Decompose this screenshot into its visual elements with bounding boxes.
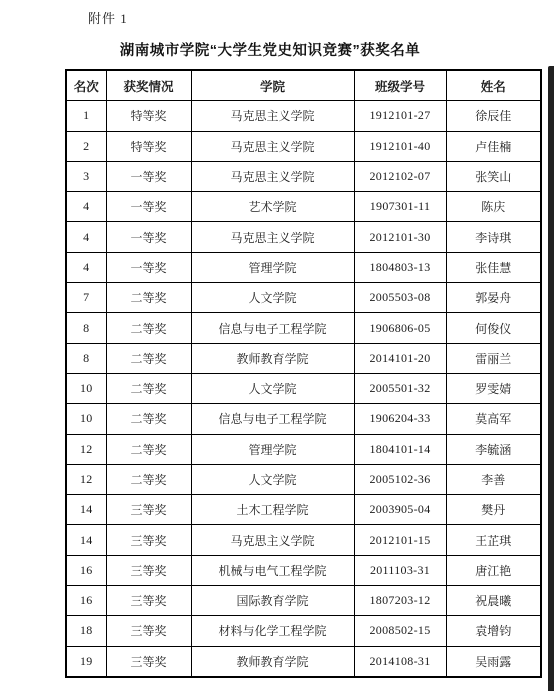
table-row: 2特等奖马克思主义学院1912101-40卢佳楠 [66,131,541,161]
cell-rank: 19 [66,646,106,677]
page-title: 湖南城市学院“大学生党史知识竞赛”获奖名单 [0,39,540,60]
cell-rank: 8 [66,313,106,343]
award-table-body: 1特等奖马克思主义学院1912101-27徐辰佳2特等奖马克思主义学院19121… [66,101,541,677]
cell-rank: 14 [66,525,106,555]
cell-college: 马克思主义学院 [191,222,354,252]
cell-name: 雷丽兰 [446,343,541,373]
cell-name: 张佳慧 [446,252,541,282]
cell-rank: 10 [66,404,106,434]
table-row: 1特等奖马克思主义学院1912101-27徐辰佳 [66,101,541,131]
cell-id: 1906806-05 [354,313,446,343]
cell-rank: 7 [66,283,106,313]
cell-id: 2008502-15 [354,616,446,646]
cell-award: 三等奖 [106,525,191,555]
header-cell-rank: 名次 [66,70,106,101]
cell-name: 李毓涵 [446,434,541,464]
cell-id: 2011103-31 [354,555,446,585]
cell-id: 1807203-12 [354,586,446,616]
table-row: 4一等奖艺术学院1907301-11陈庆 [66,192,541,222]
cell-award: 二等奖 [106,313,191,343]
cell-college: 马克思主义学院 [191,161,354,191]
cell-college: 管理学院 [191,434,354,464]
cell-rank: 16 [66,555,106,585]
cell-college: 人文学院 [191,283,354,313]
cell-award: 一等奖 [106,252,191,282]
cell-id: 2005102-36 [354,464,446,494]
cell-college: 教师教育学院 [191,646,354,677]
cell-rank: 1 [66,101,106,131]
cell-rank: 10 [66,373,106,403]
cell-award: 一等奖 [106,222,191,252]
cell-rank: 16 [66,586,106,616]
cell-id: 1804101-14 [354,434,446,464]
cell-name: 何俊仪 [446,313,541,343]
cell-name: 樊丹 [446,495,541,525]
table-row: 14三等奖马克思主义学院2012101-15王芷琪 [66,525,541,555]
cell-rank: 12 [66,434,106,464]
award-table: 名次获奖情况学院班级学号姓名 1特等奖马克思主义学院1912101-27徐辰佳2… [65,69,542,678]
header-row: 名次获奖情况学院班级学号姓名 [66,70,541,101]
cell-id: 1912101-40 [354,131,446,161]
cell-award: 三等奖 [106,616,191,646]
cell-college: 马克思主义学院 [191,131,354,161]
cell-award: 三等奖 [106,495,191,525]
cell-rank: 4 [66,192,106,222]
cell-college: 机械与电气工程学院 [191,555,354,585]
award-table-header: 名次获奖情况学院班级学号姓名 [66,70,541,101]
cell-award: 特等奖 [106,101,191,131]
table-row: 18三等奖材料与化学工程学院2008502-15袁增钧 [66,616,541,646]
cell-award: 一等奖 [106,192,191,222]
table-row: 7二等奖人文学院2005503-08郭晏舟 [66,283,541,313]
cell-name: 张笑山 [446,161,541,191]
cell-award: 三等奖 [106,586,191,616]
cell-award: 二等奖 [106,373,191,403]
cell-college: 人文学院 [191,373,354,403]
cell-award: 二等奖 [106,434,191,464]
cell-college: 教师教育学院 [191,343,354,373]
cell-award: 二等奖 [106,404,191,434]
cell-rank: 18 [66,616,106,646]
header-cell-id: 班级学号 [354,70,446,101]
table-row: 3一等奖马克思主义学院2012102-07张笑山 [66,161,541,191]
table-row: 16三等奖机械与电气工程学院2011103-31唐江艳 [66,555,541,585]
cell-college: 信息与电子工程学院 [191,313,354,343]
table-row: 10二等奖人文学院2005501-32罗雯婧 [66,373,541,403]
cell-name: 吴雨露 [446,646,541,677]
cell-name: 罗雯婧 [446,373,541,403]
table-row: 16三等奖国际教育学院1807203-12祝晨曦 [66,586,541,616]
cell-id: 2012101-15 [354,525,446,555]
cell-rank: 14 [66,495,106,525]
cell-rank: 4 [66,222,106,252]
cell-rank: 3 [66,161,106,191]
cell-id: 2012102-07 [354,161,446,191]
cell-name: 袁增钧 [446,616,541,646]
cell-college: 材料与化学工程学院 [191,616,354,646]
table-row: 4一等奖马克思主义学院2012101-30李诗琪 [66,222,541,252]
table-row: 14三等奖土木工程学院2003905-04樊丹 [66,495,541,525]
cell-name: 李善 [446,464,541,494]
cell-college: 马克思主义学院 [191,525,354,555]
cell-award: 三等奖 [106,555,191,585]
cell-award: 一等奖 [106,161,191,191]
cell-name: 唐江艳 [446,555,541,585]
attachment-label: 附件 1 [88,8,128,27]
cell-name: 李诗琪 [446,222,541,252]
cell-id: 1912101-27 [354,101,446,131]
cell-id: 2014108-31 [354,646,446,677]
cell-name: 陈庆 [446,192,541,222]
cell-id: 1906204-33 [354,404,446,434]
cell-id: 1907301-11 [354,192,446,222]
cell-rank: 12 [66,464,106,494]
cell-name: 祝晨曦 [446,586,541,616]
cell-college: 艺术学院 [191,192,354,222]
table-row: 4一等奖管理学院1804803-13张佳慧 [66,252,541,282]
cell-college: 人文学院 [191,464,354,494]
header-cell-college: 学院 [191,70,354,101]
cell-college: 马克思主义学院 [191,101,354,131]
header-cell-award: 获奖情况 [106,70,191,101]
cell-rank: 2 [66,131,106,161]
table-row: 8二等奖教师教育学院2014101-20雷丽兰 [66,343,541,373]
cell-award: 特等奖 [106,131,191,161]
cell-name: 郭晏舟 [446,283,541,313]
cell-name: 卢佳楠 [446,131,541,161]
table-row: 12二等奖管理学院1804101-14李毓涵 [66,434,541,464]
cell-award: 三等奖 [106,646,191,677]
cell-college: 国际教育学院 [191,586,354,616]
cell-award: 二等奖 [106,283,191,313]
header-cell-name: 姓名 [446,70,541,101]
cell-college: 土木工程学院 [191,495,354,525]
table-row: 19三等奖教师教育学院2014108-31吴雨露 [66,646,541,677]
cell-rank: 8 [66,343,106,373]
cell-award: 二等奖 [106,343,191,373]
cell-id: 2003905-04 [354,495,446,525]
table-row: 12二等奖人文学院2005102-36李善 [66,464,541,494]
cell-name: 王芷琪 [446,525,541,555]
scrollbar-thumb[interactable] [548,66,554,691]
cell-id: 2005501-32 [354,373,446,403]
cell-name: 莫高军 [446,404,541,434]
cell-college: 管理学院 [191,252,354,282]
cell-id: 2005503-08 [354,283,446,313]
document-page: 附件 1 湖南城市学院“大学生党史知识竞赛”获奖名单 名次获奖情况学院班级学号姓… [0,0,554,697]
cell-id: 1804803-13 [354,252,446,282]
cell-id: 2014101-20 [354,343,446,373]
cell-rank: 4 [66,252,106,282]
cell-college: 信息与电子工程学院 [191,404,354,434]
cell-name: 徐辰佳 [446,101,541,131]
table-row: 10二等奖信息与电子工程学院1906204-33莫高军 [66,404,541,434]
table-row: 8二等奖信息与电子工程学院1906806-05何俊仪 [66,313,541,343]
cell-id: 2012101-30 [354,222,446,252]
cell-award: 二等奖 [106,464,191,494]
